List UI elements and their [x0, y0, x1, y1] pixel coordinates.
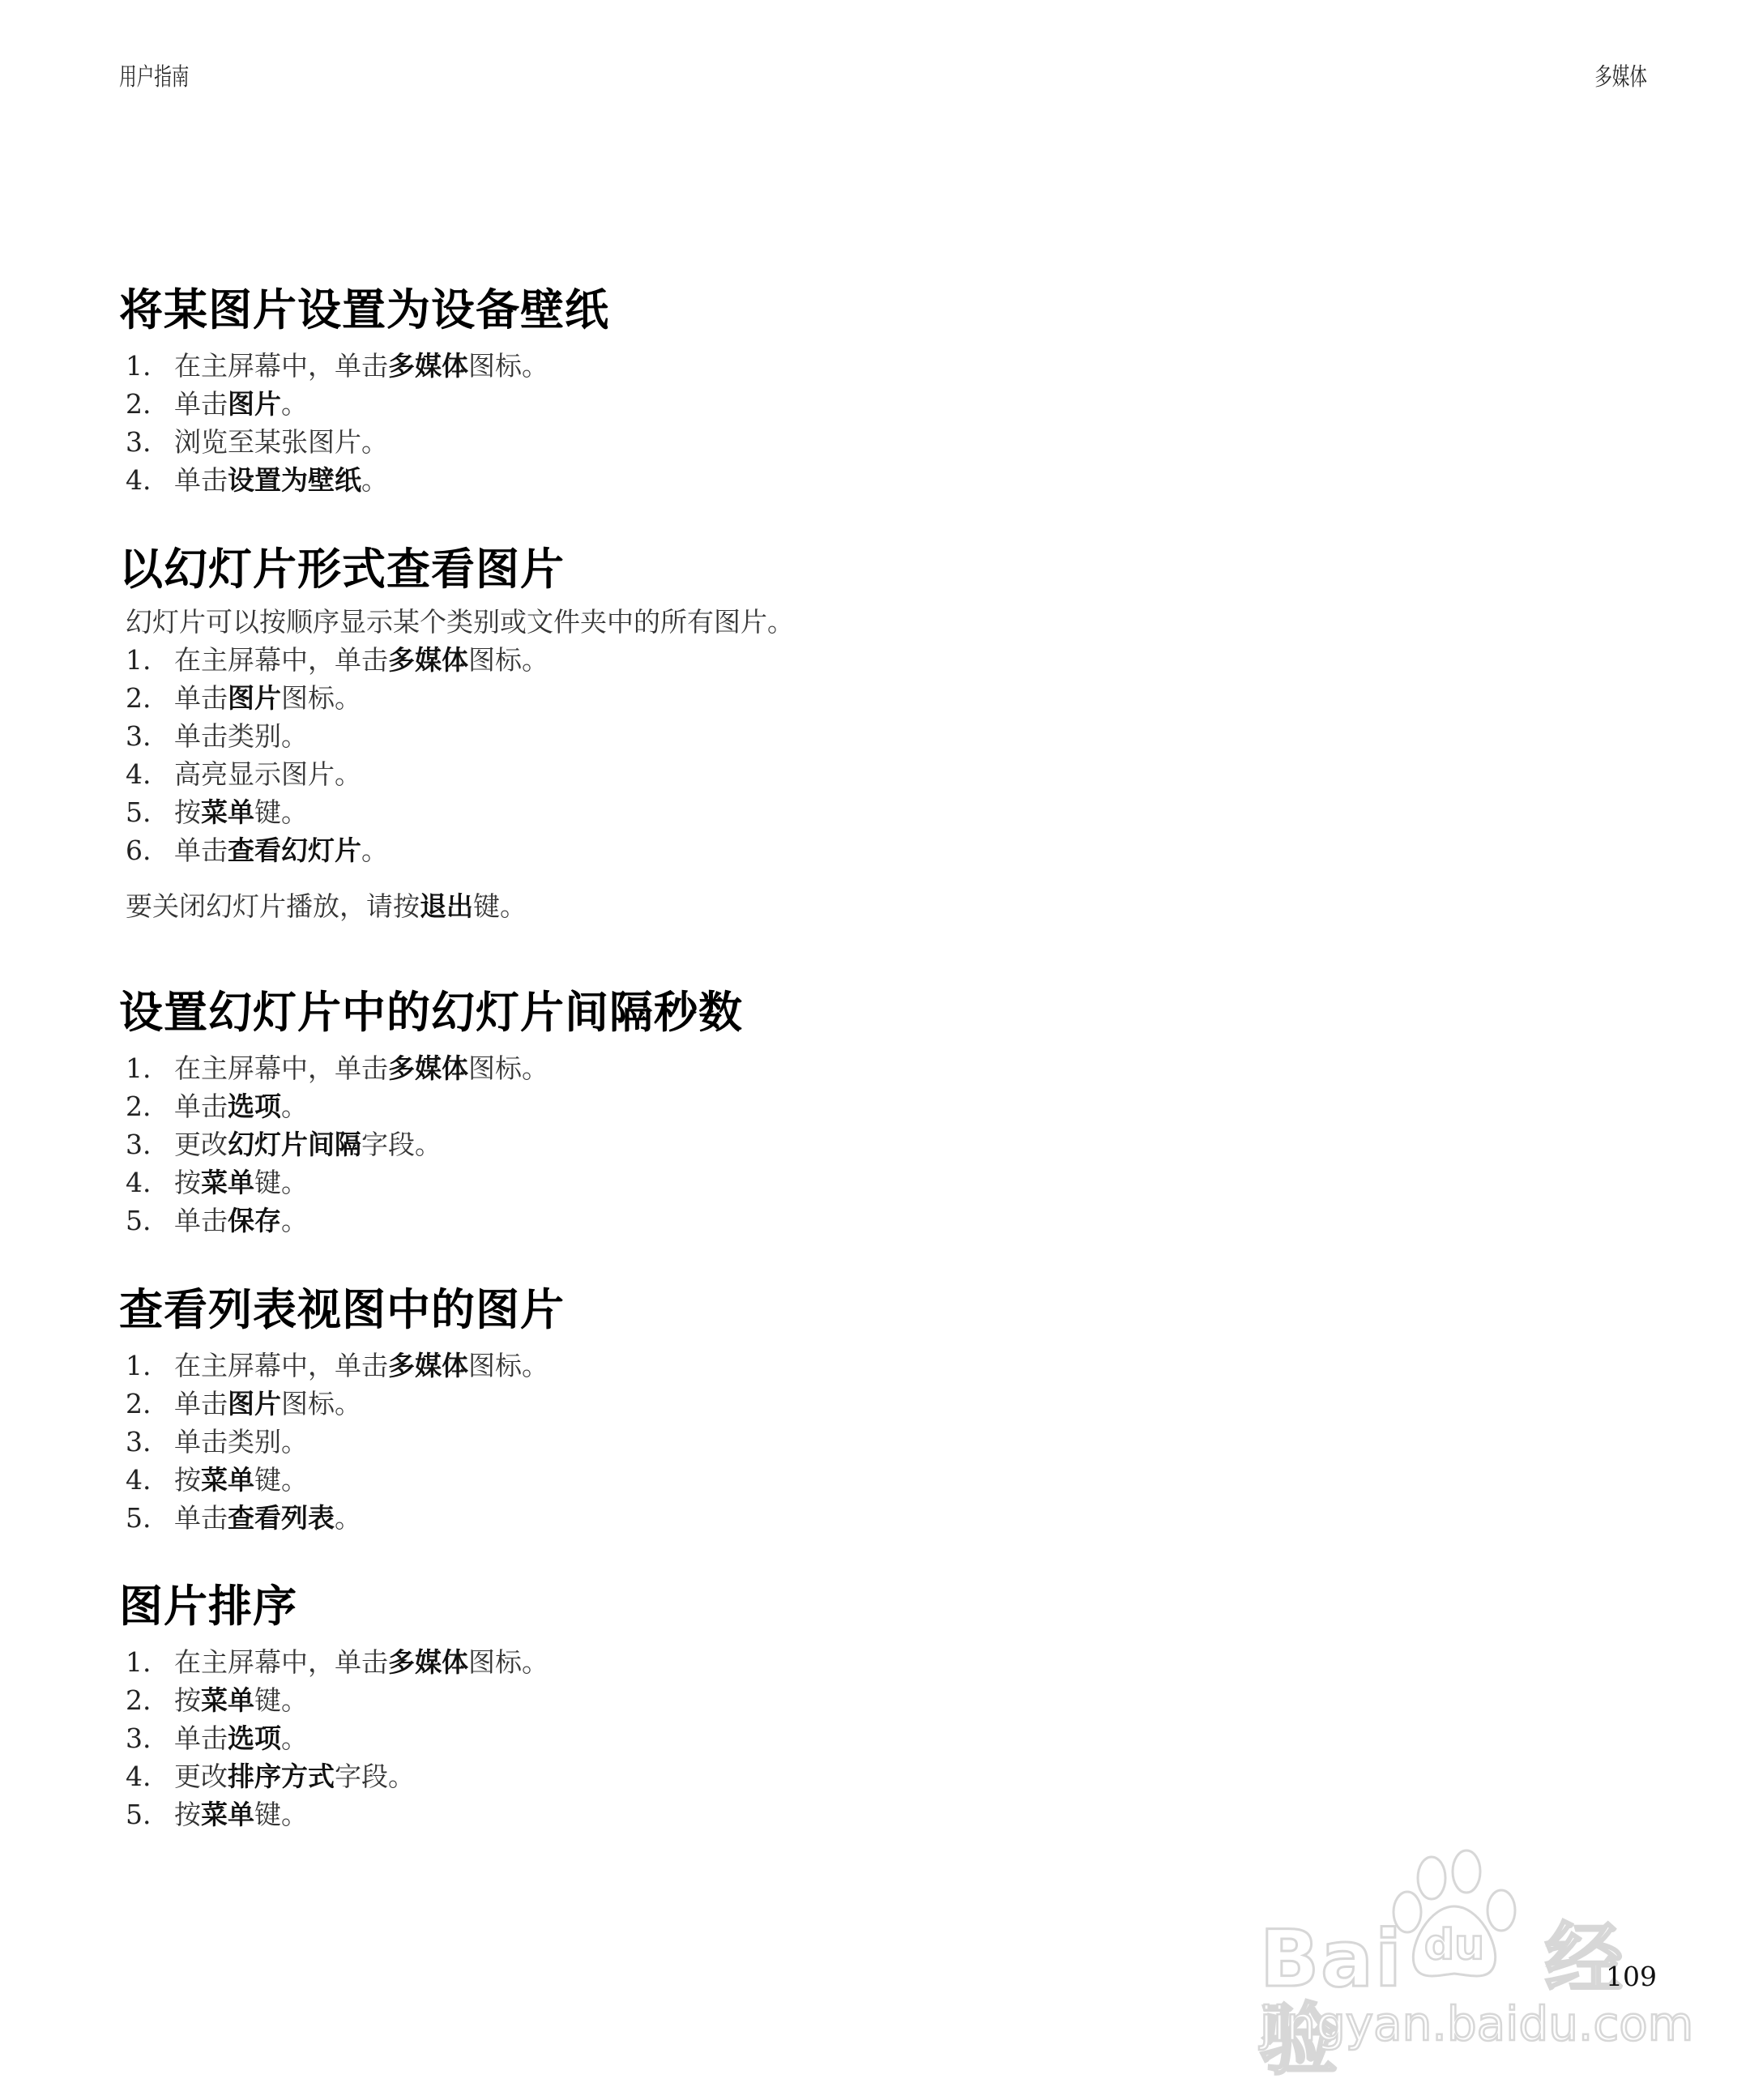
- step-text: 。: [281, 388, 308, 420]
- step-number: 3.: [126, 1423, 152, 1461]
- step-item: 3.单击选项。: [119, 1719, 1577, 1757]
- section-slideshow-interval: 设置幻灯片中的幻灯片间隔秒数 1.在主屏幕中，单击多媒体图标。2.单击选项。3.…: [119, 984, 1577, 1240]
- step-number: 6.: [126, 831, 152, 869]
- step-item: 5.单击保存。: [119, 1202, 1577, 1240]
- step-item: 4.按菜单键。: [119, 1163, 1577, 1202]
- step-text: 在主屏幕中，单击: [174, 644, 388, 676]
- step-number: 4.: [126, 1461, 152, 1499]
- step-item: 5.单击查看列表。: [119, 1499, 1577, 1537]
- step-item: 4.单击设置为壁纸。: [119, 461, 1577, 499]
- page-number: 109: [1606, 1961, 1657, 1992]
- ui-term: 多媒体: [388, 350, 468, 382]
- step-text: 键。: [254, 796, 308, 828]
- section-intro: 幻灯片可以按顺序显示某个类别或文件夹中的所有图片。: [119, 603, 1577, 641]
- step-text: 按: [174, 1167, 201, 1198]
- section-heading: 查看列表视图中的图片: [119, 1282, 1577, 1338]
- ui-term: 菜单: [201, 1799, 254, 1830]
- step-text: 。: [335, 1502, 361, 1534]
- step-text: 在主屏幕中，单击: [174, 1646, 388, 1678]
- step-number: 3.: [126, 1125, 152, 1163]
- step-number: 2.: [126, 1385, 152, 1423]
- step-item: 2.单击图片。: [119, 385, 1577, 423]
- step-text: 键。: [254, 1684, 308, 1716]
- step-number: 1.: [126, 1643, 152, 1681]
- step-text: 单击: [174, 388, 228, 420]
- step-item: 2.单击图片图标。: [119, 1385, 1577, 1423]
- step-number: 2.: [126, 679, 152, 717]
- section-note: 要关闭幻灯片播放，请按退出键。: [119, 887, 1577, 925]
- section-heading: 图片排序: [119, 1578, 1577, 1635]
- ui-term: 幻灯片间隔: [228, 1129, 361, 1160]
- ui-term: 多媒体: [388, 1052, 468, 1084]
- ui-term: 多媒体: [388, 1646, 468, 1678]
- ui-term: 多媒体: [388, 1350, 468, 1381]
- baidu-jingyan-watermark: du Bai经验 jingyan.baidu.com: [1244, 1846, 1665, 2048]
- step-text: 图标。: [468, 1052, 548, 1084]
- step-text: 图标。: [468, 1350, 548, 1381]
- chapter-title: 多媒体: [1594, 57, 1647, 92]
- step-text: 单击类别。: [174, 1426, 308, 1458]
- ui-term: 图片: [228, 1388, 281, 1419]
- ui-term: 菜单: [201, 1167, 254, 1198]
- step-number: 3.: [126, 717, 152, 755]
- step-text: 字段。: [361, 1129, 442, 1160]
- section-slideshow: 以幻灯片形式查看图片 幻灯片可以按顺序显示某个类别或文件夹中的所有图片。 1.在…: [119, 541, 1577, 925]
- step-item: 4.更改排序方式字段。: [119, 1757, 1577, 1795]
- step-text: 高亮显示图片。: [174, 758, 361, 790]
- step-text: 。: [281, 1722, 308, 1754]
- step-text: 键。: [254, 1167, 308, 1198]
- step-text: 图标。: [468, 1646, 548, 1678]
- step-item: 4.高亮显示图片。: [119, 755, 1577, 793]
- step-text: 图标。: [281, 1388, 361, 1419]
- ui-term: 选项: [228, 1091, 281, 1122]
- section-heading: 设置幻灯片中的幻灯片间隔秒数: [119, 984, 1577, 1041]
- ui-term: 退出: [420, 890, 473, 922]
- step-text: 更改: [174, 1761, 228, 1792]
- ui-term: 多媒体: [388, 644, 468, 676]
- ui-term: 图片: [228, 388, 281, 420]
- step-text: 单击: [174, 1388, 228, 1419]
- step-text: 单击: [174, 682, 228, 714]
- ui-term: 设置为壁纸: [228, 464, 361, 496]
- ui-term: 保存: [228, 1205, 281, 1236]
- watermark-url: jingyan.baidu.com: [1260, 1998, 1693, 2050]
- ui-term: 查看幻灯片: [228, 834, 361, 866]
- step-item: 3.更改幻灯片间隔字段。: [119, 1125, 1577, 1163]
- ui-term: 查看列表: [228, 1502, 335, 1534]
- step-number: 4.: [126, 755, 152, 793]
- steps-list: 1.在主屏幕中，单击多媒体图标。2.单击图片图标。3.单击类别。4.按菜单键。5…: [119, 1347, 1577, 1537]
- step-text: 图标。: [468, 350, 548, 382]
- step-number: 2.: [126, 1087, 152, 1125]
- section-sort-pictures: 图片排序 1.在主屏幕中，单击多媒体图标。2.按菜单键。3.单击选项。4.更改排…: [119, 1578, 1577, 1833]
- step-text: 。: [281, 1205, 308, 1236]
- step-number: 1.: [126, 347, 152, 385]
- section-heading: 以幻灯片形式查看图片: [119, 541, 1577, 598]
- steps-list: 1.在主屏幕中，单击多媒体图标。2.单击图片。3.浏览至某张图片。4.单击设置为…: [119, 347, 1577, 499]
- step-item: 6.单击查看幻灯片。: [119, 831, 1577, 869]
- step-item: 3.单击类别。: [119, 1423, 1577, 1461]
- step-item: 5.按菜单键。: [119, 793, 1577, 831]
- step-number: 4.: [126, 1163, 152, 1202]
- step-item: 2.单击选项。: [119, 1087, 1577, 1125]
- step-text: 单击: [174, 1722, 228, 1754]
- watermark-brand: Bai经验: [1260, 1919, 1665, 2081]
- section-list-view: 查看列表视图中的图片 1.在主屏幕中，单击多媒体图标。2.单击图片图标。3.单击…: [119, 1282, 1577, 1537]
- step-text: 更改: [174, 1129, 228, 1160]
- ui-term: 图片: [228, 682, 281, 714]
- step-number: 5.: [126, 1499, 152, 1537]
- step-text: 图标。: [281, 682, 361, 714]
- step-text: 单击: [174, 464, 228, 496]
- step-number: 1.: [126, 1049, 152, 1087]
- step-item: 1.在主屏幕中，单击多媒体图标。: [119, 1643, 1577, 1681]
- step-item: 2.按菜单键。: [119, 1681, 1577, 1719]
- step-text: 浏览至某张图片。: [174, 426, 388, 458]
- step-text: 键。: [254, 1799, 308, 1830]
- step-text: 按: [174, 1799, 201, 1830]
- step-item: 4.按菜单键。: [119, 1461, 1577, 1499]
- step-text: 。: [361, 464, 388, 496]
- step-number: 3.: [126, 423, 152, 461]
- step-item: 2.单击图片图标。: [119, 679, 1577, 717]
- step-text: 图标。: [468, 644, 548, 676]
- step-number: 1.: [126, 641, 152, 679]
- step-text: 单击: [174, 834, 228, 866]
- step-text: 在主屏幕中，单击: [174, 1350, 388, 1381]
- step-text: 按: [174, 1464, 201, 1496]
- step-number: 2.: [126, 1681, 152, 1719]
- step-text: 按: [174, 1684, 201, 1716]
- step-text: 单击: [174, 1091, 228, 1122]
- step-number: 5.: [126, 1795, 152, 1833]
- step-item: 1.在主屏幕中，单击多媒体图标。: [119, 1049, 1577, 1087]
- step-text: 在主屏幕中，单击: [174, 1052, 388, 1084]
- ui-term: 菜单: [201, 1464, 254, 1496]
- step-text: 要关闭幻灯片播放，请按: [126, 890, 420, 922]
- step-number: 2.: [126, 385, 152, 423]
- step-text: 按: [174, 796, 201, 828]
- step-number: 1.: [126, 1347, 152, 1385]
- step-number: 4.: [126, 461, 152, 499]
- paw-logo-icon: du: [1389, 1846, 1527, 1983]
- ui-term: 菜单: [201, 1684, 254, 1716]
- step-item: 5.按菜单键。: [119, 1795, 1577, 1833]
- step-text: 在主屏幕中，单击: [174, 350, 388, 382]
- step-text: 字段。: [335, 1761, 415, 1792]
- step-item: 3.浏览至某张图片。: [119, 423, 1577, 461]
- step-text: 键。: [473, 890, 527, 922]
- step-text: 。: [281, 1091, 308, 1122]
- step-item: 1.在主屏幕中，单击多媒体图标。: [119, 1347, 1577, 1385]
- step-text: 键。: [254, 1464, 308, 1496]
- steps-list: 1.在主屏幕中，单击多媒体图标。2.单击图片图标。3.单击类别。4.高亮显示图片…: [119, 641, 1577, 869]
- steps-list: 1.在主屏幕中，单击多媒体图标。2.单击选项。3.更改幻灯片间隔字段。4.按菜单…: [119, 1049, 1577, 1240]
- running-header: 用户指南: [119, 57, 1219, 92]
- step-text: 。: [361, 834, 388, 866]
- step-text: 单击类别。: [174, 720, 308, 752]
- section-set-wallpaper: 将某图片设置为设备壁纸 1.在主屏幕中，单击多媒体图标。2.单击图片。3.浏览至…: [119, 282, 1577, 499]
- step-item: 1.在主屏幕中，单击多媒体图标。: [119, 641, 1577, 679]
- svg-text:du: du: [1424, 1921, 1484, 1970]
- step-item: 3.单击类别。: [119, 717, 1577, 755]
- step-item: 1.在主屏幕中，单击多媒体图标。: [119, 347, 1577, 385]
- step-number: 5.: [126, 793, 152, 831]
- ui-term: 菜单: [201, 796, 254, 828]
- step-text: 单击: [174, 1502, 228, 1534]
- ui-term: 选项: [228, 1722, 281, 1754]
- step-text: 单击: [174, 1205, 228, 1236]
- step-number: 4.: [126, 1757, 152, 1795]
- step-number: 3.: [126, 1719, 152, 1757]
- steps-list: 1.在主屏幕中，单击多媒体图标。2.按菜单键。3.单击选项。4.更改排序方式字段…: [119, 1643, 1577, 1833]
- document-title: 用户指南: [119, 57, 189, 92]
- ui-term: 排序方式: [228, 1761, 335, 1792]
- step-number: 5.: [126, 1202, 152, 1240]
- section-heading: 将某图片设置为设备壁纸: [119, 282, 1577, 339]
